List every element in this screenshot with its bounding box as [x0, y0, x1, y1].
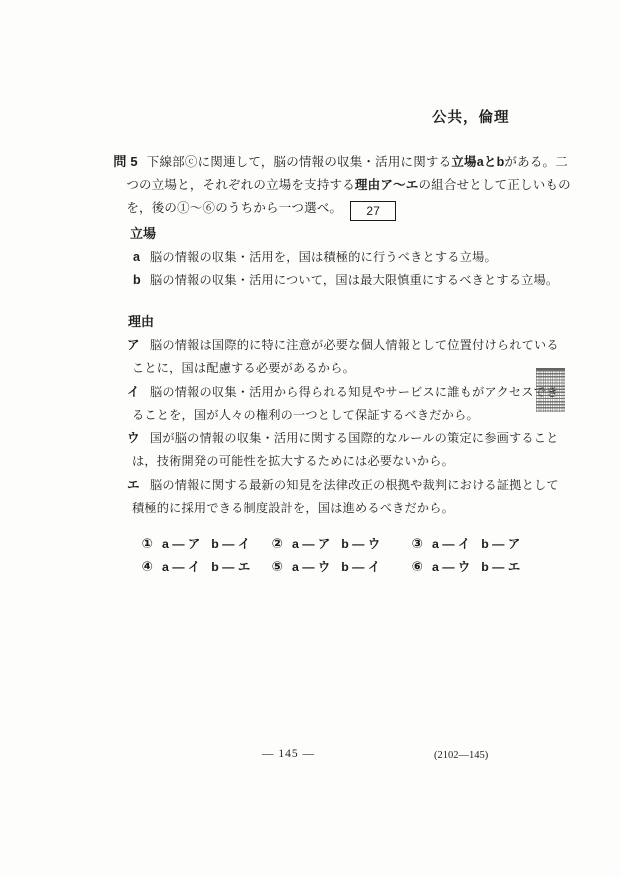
choice-6-pair-a: a ― ウ	[432, 560, 470, 574]
choice-6-pair-b: b ― エ	[481, 560, 520, 574]
subject-header: 公共，倫理	[432, 110, 510, 127]
choice-4-number: ④	[142, 559, 153, 574]
choice-5-pair-b: b ― イ	[341, 560, 380, 574]
choice-4-pair-b: b ― エ	[211, 560, 250, 574]
choice-4: ④a ― イb ― エ	[129, 544, 250, 590]
question-text: を，後の①～⑥のうちから一つ選べ。	[126, 201, 342, 215]
reason-i-label: イ	[127, 385, 140, 400]
reason-u-label: ウ	[127, 431, 140, 446]
reasons-heading: 理由	[128, 314, 154, 330]
reason-i-line-2: ることを，国が人々の権利の一つとして保証するべきだから。	[132, 408, 479, 423]
choice-5: ⑤a ― ウb ― イ	[259, 544, 380, 590]
position-b-label: b	[133, 273, 141, 288]
choice-5-number: ⑤	[272, 559, 283, 574]
reason-e-label: エ	[127, 478, 140, 493]
position-a-label: a	[133, 250, 140, 265]
positions-heading: 立場	[130, 226, 156, 242]
reason-a-line-1: 脳の情報は国際的に特に注意が必要な個人情報として位置付けられている	[150, 338, 559, 353]
fine-print-stamp	[536, 368, 565, 412]
reason-e-line-2: 積極的に採用できる制度設計を，国は進めるべきだから。	[132, 501, 454, 516]
reason-a-line-2: ことに，国は配慮する必要があるから。	[132, 361, 355, 376]
reason-a-label: ア	[127, 338, 140, 353]
answer-number-box: 27	[350, 201, 396, 221]
exam-page: 公共，倫理 問 5下線部ⓒに関連して，脳の情報の収集・活用に関する立場aとbがあ…	[0, 0, 620, 876]
choice-4-pair-a: a ― イ	[162, 560, 200, 574]
position-a-text: 脳の情報の収集・活用を，国は積極的に行うべきとする立場。	[150, 250, 497, 265]
choice-6-number: ⑥	[412, 559, 423, 574]
footer-page-number: — 145 —	[262, 748, 315, 762]
choice-5-pair-a: a ― ウ	[292, 560, 330, 574]
reason-u-line-2: は，技術開発の可能性を拡大するためには必要ないから。	[132, 454, 454, 469]
reason-i-line-1: 脳の情報の収集・活用から得られる知見やサービスに誰もがアクセスでき	[150, 385, 558, 400]
question-text: の組合せとして正しいもの	[418, 178, 570, 192]
choice-6: ⑥a ― ウb ― エ	[399, 544, 520, 590]
footer-code: (2102—145)	[434, 750, 488, 763]
reason-u-line-1: 国が脳の情報の収集・活用に関する国際的なルールの策定に参画すること	[150, 431, 559, 446]
reason-e-line-1: 脳の情報に関する最新の知見を法律改正の根拠や裁判における証拠として	[150, 478, 559, 493]
position-b-text: 脳の情報の収集・活用について，国は最大限慎重にするべきとする立場。	[150, 273, 558, 288]
